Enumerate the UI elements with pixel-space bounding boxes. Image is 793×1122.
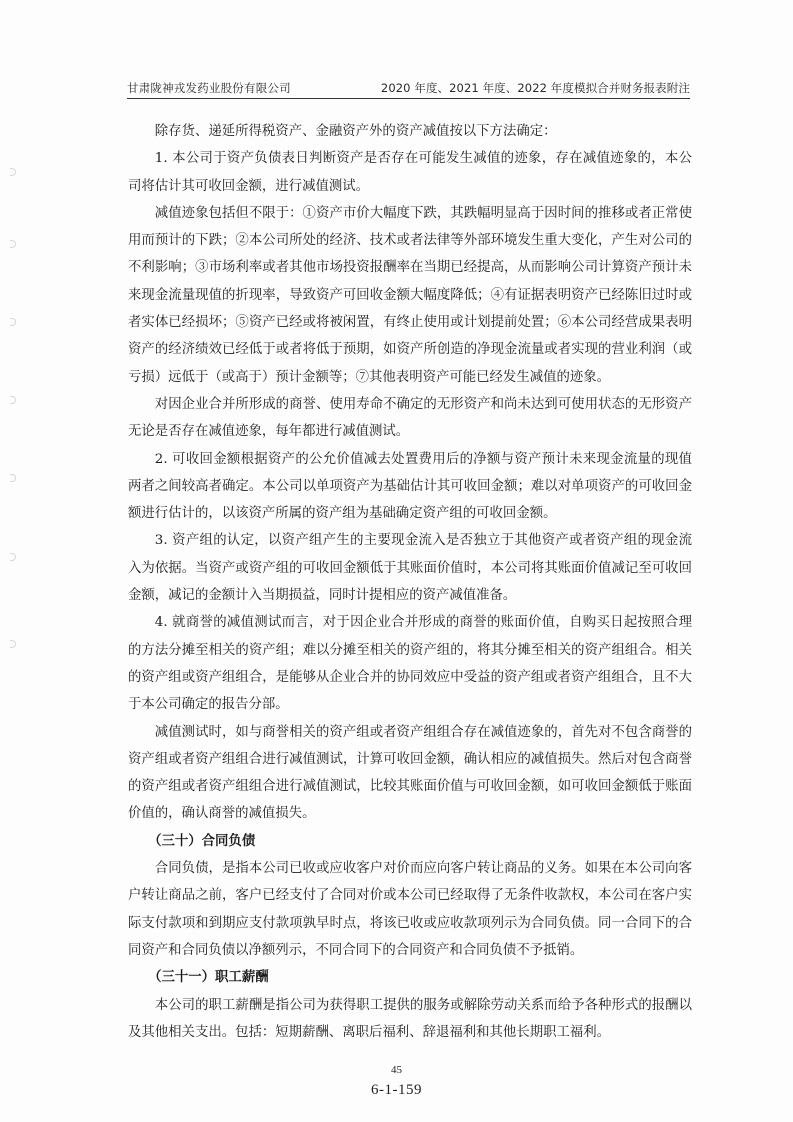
binding-hole-mark	[10, 474, 16, 482]
paragraph-item-1: 1. 本公司于资产负债表日判断资产是否存在可能发生减值的迹象，存在减值迹象的，本…	[128, 145, 692, 200]
paragraph-employee-compensation: 本公司的职工薪酬是指公司为获得职工提供的服务或解除劳动关系而给予各种形式的报酬以…	[128, 992, 692, 1047]
document-page: 甘肃陇神戎发药业股份有限公司 2020 年度、2021 年度、2022 年度模拟…	[0, 0, 793, 1122]
paragraph-item-3: 3. 资产组的认定，以资产组产生的主要现金流入是否独立于其他资产或者资产组的现金…	[128, 527, 692, 609]
binding-hole-mark	[10, 640, 16, 648]
paragraph-item-2: 2. 可收回金额根据资产的公允价值减去处置费用后的净额与资产预计未来现金流量的现…	[128, 446, 692, 528]
section-heading-employee-compensation: （三十一）职工薪酬	[128, 964, 692, 991]
page-header: 甘肃陇神戎发药业股份有限公司 2020 年度、2021 年度、2022 年度模拟…	[127, 78, 690, 99]
paragraph-item-4: 4. 就商誉的减值测试而言，对于因企业合并形成的商誉的账面价值，自购买日起按照合…	[128, 609, 692, 718]
paragraph-annual-test: 对因企业合并所形成的商誉、使用寿命不确定的无形资产和尚未达到可使用状态的无形资产…	[128, 391, 692, 446]
binding-hole-mark	[10, 168, 16, 176]
paragraph-impairment-indicators: 减值迹象包括但不限于：①资产市价大幅度下跌，其跌幅明显高于因时间的推移或者正常使…	[128, 200, 692, 391]
company-name: 甘肃陇神戎发药业股份有限公司	[127, 80, 291, 96]
paragraph-contract-liabilities: 合同负债，是指本公司已收或应收客户对价而应向客户转让商品的义务。如果在本公司向客…	[128, 855, 692, 964]
document-number: 6-1-159	[0, 1082, 793, 1099]
binding-hole-mark	[10, 553, 16, 561]
section-heading-contract-liabilities: （三十）合同负债	[128, 828, 692, 855]
report-title: 2020 年度、2021 年度、2022 年度模拟合并财务报表附注	[381, 80, 690, 96]
paragraph-intro: 除存货、递延所得税资产、金融资产外的资产减值按以下方法确定：	[128, 118, 692, 145]
binding-hole-mark	[10, 396, 16, 404]
page-number: 45	[0, 1064, 793, 1076]
paragraph-goodwill-test: 减值测试时，如与商誉相关的资产组或者资产组组合存在减值迹象的，首先对不包含商誉的…	[128, 719, 692, 828]
binding-hole-mark	[10, 240, 16, 248]
binding-hole-mark	[10, 318, 16, 326]
document-body: 除存货、递延所得税资产、金融资产外的资产减值按以下方法确定： 1. 本公司于资产…	[128, 118, 692, 1046]
